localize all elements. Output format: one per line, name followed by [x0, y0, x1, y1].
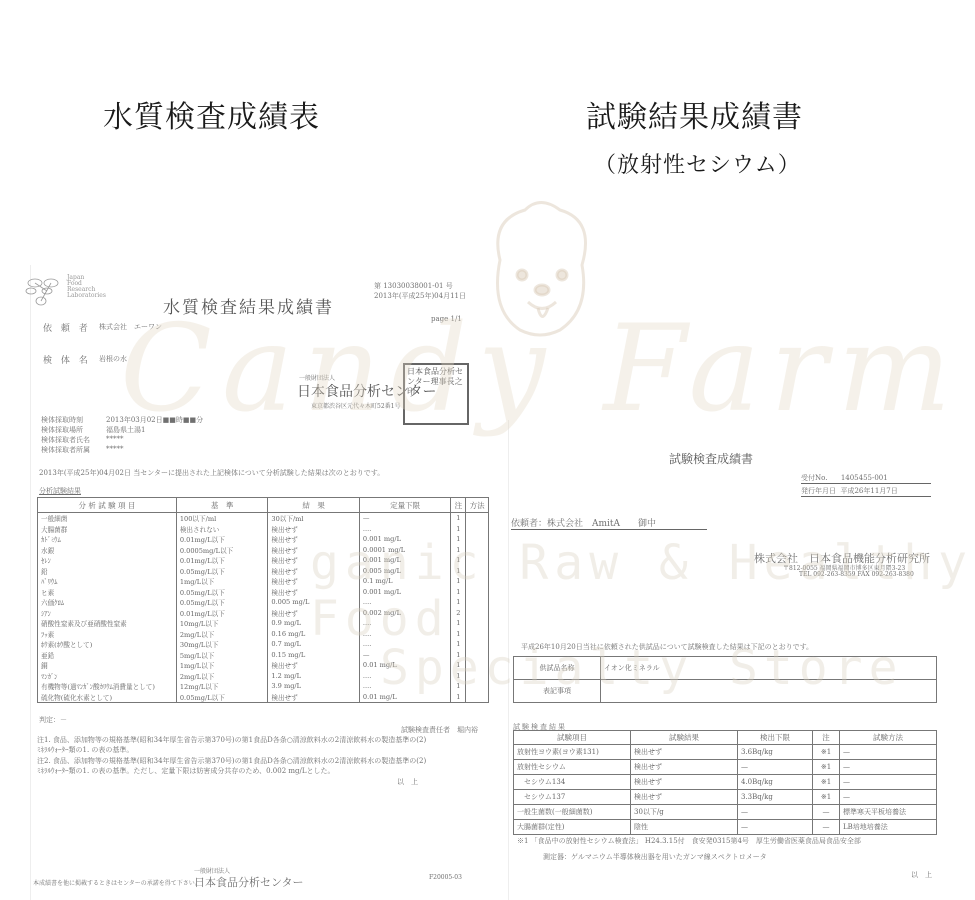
table-row: 亜鉛5mg/L以下0.15 mg/L—1: [38, 650, 489, 661]
lab-logo-icon: [23, 273, 65, 313]
section-title: 分析試験結果: [39, 486, 81, 496]
table-row: ﾏﾝｶﾞﾝ2mg/L以下1.2 mg/L....1: [38, 671, 489, 682]
table-row: ｶﾄﾞﾐｳﾑ0.01mg/L以下検出せず0.001 mg/L1: [38, 534, 489, 545]
table-row: ｼｱﾝ0.01mg/L以下検出せず0.002 mg/L2: [38, 608, 489, 619]
requester: 依頼者：株式会社 AmitA 御中: [511, 516, 707, 530]
end-mark: 以 上: [397, 777, 418, 787]
sample-label: 検 体 名: [43, 353, 91, 366]
table-row: 放射性ヨウ素(ヨウ素131)検出せず3.6Bq/kg※1—: [514, 745, 937, 760]
intro-text: 2013年(平成25年)04月02日 当センターに提出された上記検体について分析…: [39, 468, 384, 478]
official-seal: 日本食品分析センター理事長之印: [403, 363, 469, 425]
table-row: 六価ｸﾛﾑ0.05mg/L以下0.005 mg/L....1: [38, 597, 489, 608]
table-row: 大腸菌群(定性)陰性——LB培地培養法: [514, 820, 937, 835]
dog-face-icon: [470, 190, 610, 350]
issue-date: 2013年(平成25年)04月11日: [374, 291, 466, 301]
table-row: 放射性セシウム検出せず—※1—: [514, 760, 937, 775]
footer-code: F20005-03: [429, 874, 462, 881]
radioactivity-results-table: 試験項目 試験結果 検出下限 注 試験方法 放射性ヨウ素(ヨウ素131)検出せず…: [513, 730, 937, 835]
table-row: 水銀0.0005mg/L以下検出せず0.0001 mg/L1: [38, 545, 489, 556]
receipt-number: 受付No. 1405455-001: [801, 473, 931, 484]
requester-label: 依 頼 者: [43, 321, 91, 334]
heading-test-result-report: 試験結果成績書: [586, 92, 803, 136]
note-1-cont: ﾐﾈﾗﾙｳｫｰﾀｰ類の1. の表の基準。: [37, 745, 133, 755]
footer-org: 日本食品分析センター: [194, 874, 304, 890]
table-row: 銅1mg/L以下検出せず0.01 mg/L1: [38, 660, 489, 671]
table-row: ヒ素0.05mg/L以下検出せず0.001 mg/L1: [38, 587, 489, 598]
judgement: 判定：－: [39, 715, 67, 725]
table-row: 硝酸性窒素及び亜硝酸性窒素10mg/L以下0.9 mg/L....1: [38, 618, 489, 629]
table-row: ﾎｳ素(ﾎｳ酸として)30mg/L以下0.7 mg/L....1: [38, 639, 489, 650]
table-row: 鉛0.05mg/L以下検出せず0.005 mg/L1: [38, 566, 489, 577]
table-row: セシウム134検出せず4.0Bq/kg※1—: [514, 775, 937, 790]
lab-logo-text: JapanFood ResearchLaboratories: [67, 275, 106, 299]
responsible-person: 試験検査責任者 堀内裕: [401, 725, 478, 735]
issue-date: 発行年月日 平成26年11月7日: [801, 486, 931, 497]
doc-number: 第 13030038001-01 号: [374, 281, 453, 291]
table-row: 硫化物(硫化水素として)0.05mg/L以下検出せず0.01 mg/L1: [38, 692, 489, 703]
note-2: 注2. 食品、添加物等の規格基準(昭和34年厚生省告示第370号)の第1食品D各…: [37, 756, 426, 766]
table-row: 一般生菌数(一般細菌数)30以下/g——標準寒天平板培養法: [514, 805, 937, 820]
table-row: 一般細菌100以下/ml30以下/ml—1: [38, 513, 489, 524]
analysis-results-table: 分 析 試 験 項 目 基 準 結 果 定量下限 注 方法 一般細菌100以下/…: [37, 497, 489, 703]
table-row: ｾﾚﾝ0.01mg/L以下検出せず0.001 mg/L1: [38, 555, 489, 566]
table-row: 大腸菌群検出されない検出せず....1: [38, 524, 489, 535]
doc-title: 試験検査成績書: [669, 450, 753, 467]
note-1: 注1. 食品、添加物等の規格基準(昭和34年厚生省告示第370号)の第1食品D各…: [37, 735, 426, 745]
intro-text: 平成26年10月20日当社に依頼された供試品について試験検査した結果は下記のとお…: [521, 642, 813, 652]
sample-value: 岩根の水: [99, 354, 127, 364]
footnote-1: ※1 「食品中の放射性セシウム検査法」 H24.3.15付 食安発0315第4号…: [517, 836, 861, 846]
doc-title: 水質検査結果成績書: [163, 293, 334, 318]
org-address: 東京都渋谷区元代々木町52番1号: [311, 401, 400, 410]
footnote-measurement: 測定器：ゲルマニウム半導体検出器を用いたガンマ線スペクトロメータ: [543, 852, 767, 862]
heading-water-quality-report: 水質検査成績表: [103, 92, 320, 136]
heading-radioactive-cesium: （放射性セシウム）: [594, 148, 801, 179]
requester-value: 株式会社 エーワン: [99, 322, 162, 332]
end-mark: 以 上: [911, 870, 932, 880]
table-row: 有機物等(過ﾏﾝｶﾞﾝ酸ｶﾘｳﾑ消費量として)12mg/L以下3.9 mg/L.…: [38, 681, 489, 692]
table-row: ﾊﾞﾘｳﾑ1mg/L以下検出せず0.1 mg/L1: [38, 576, 489, 587]
note-2-cont: ﾐﾈﾗﾙｳｫｰﾀｰ類の1. の表の基準。ただし、定量下限は妨害成分共存のため、0…: [37, 766, 335, 776]
table-row: セシウム137検出せず3.3Bq/kg※1—: [514, 790, 937, 805]
company-contact: TEL 092-263-8359 FAX 092-263-8380: [799, 571, 914, 578]
radioactivity-test-certificate: 試験検査成績書 受付No. 1405455-001 発行年月日 平成26年11月…: [508, 420, 949, 900]
table-row: ﾌｯ素2mg/L以下0.16 mg/L....1: [38, 629, 489, 640]
water-quality-certificate: JapanFood ResearchLaboratories 水質検査結果成績書…: [30, 265, 481, 900]
page-number: page 1/1: [431, 315, 462, 323]
sample-info-table: 供試品名称 イオン化ミネラル 表記事項: [513, 656, 937, 703]
footer-note: 本成績書を他に掲載するときはセンターの承諾を得て下さい。: [33, 878, 201, 887]
